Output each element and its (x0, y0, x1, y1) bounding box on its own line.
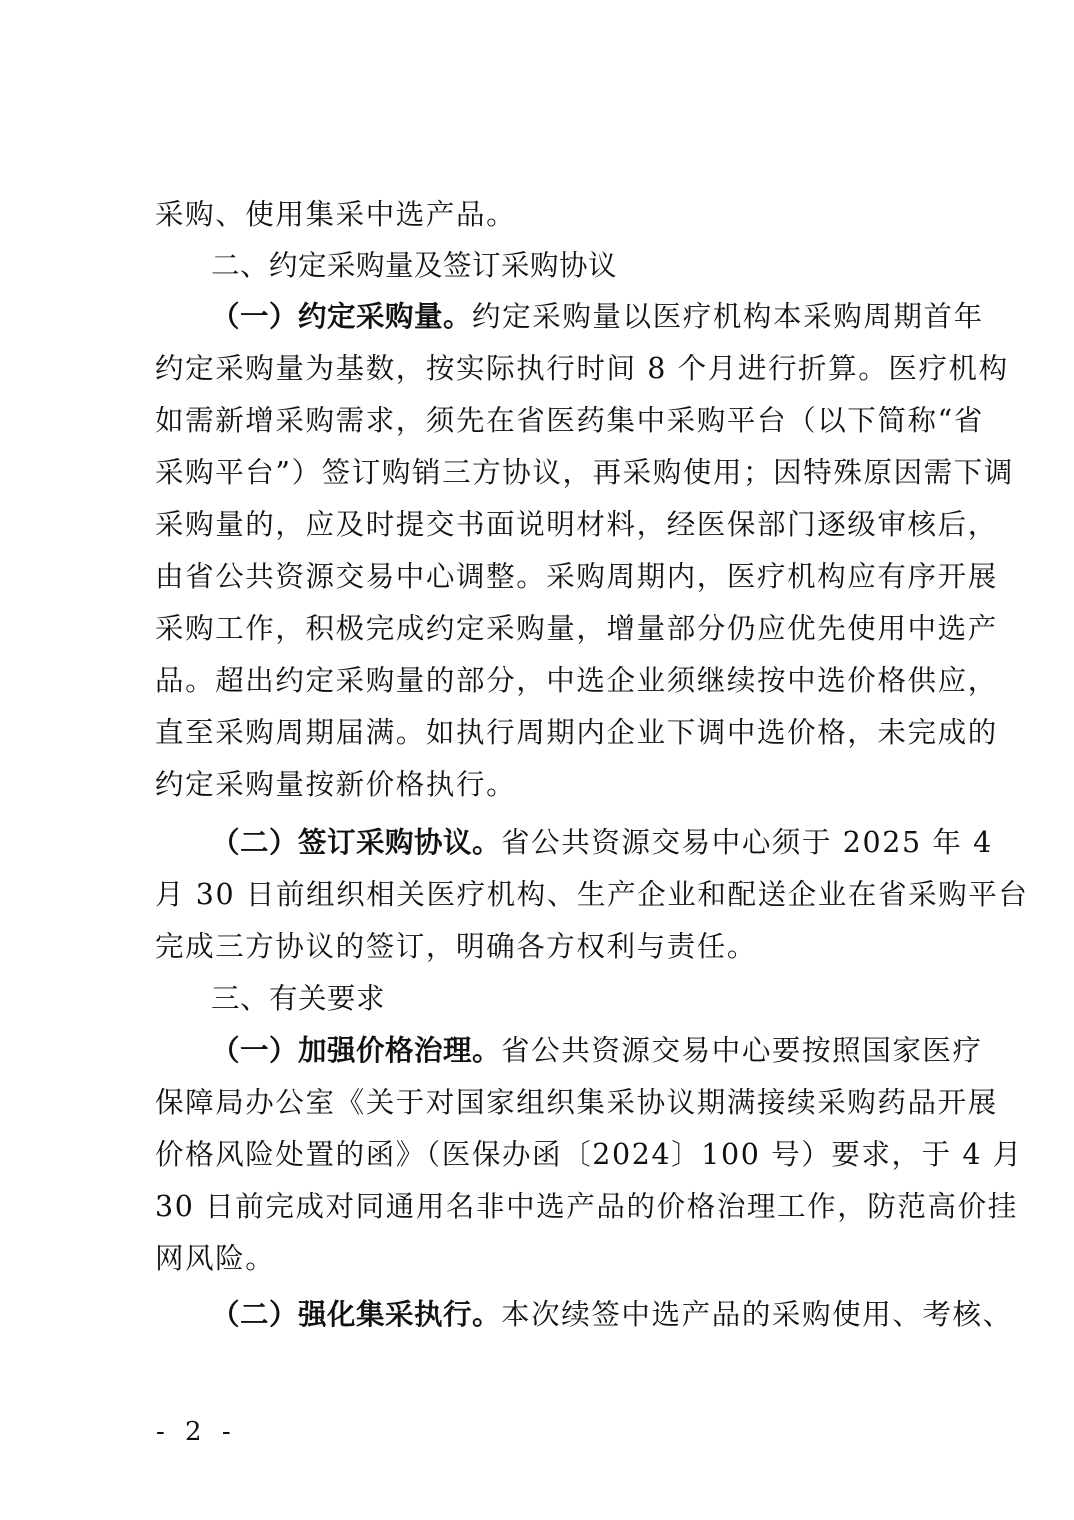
subsection-line: （二）签订采购协议。省公共资源交易中心须于 2025 年 4 (211, 816, 993, 870)
section-heading-3: 三、有关要求 (211, 972, 385, 1026)
subsection-label: （二）强化集采执行。 (211, 1298, 501, 1331)
paragraph-line: 保障局办公室《关于对国家组织集采协议期满接续采购药品开展 (155, 1076, 939, 1130)
paragraph-line: 品。超出约定采购量的部分，中选企业须继续按中选价格供应， (155, 654, 939, 708)
section-heading-2: 二、约定采购量及签订采购协议 (211, 239, 617, 293)
subsection-label: （一）约定采购量。 (211, 300, 472, 333)
paragraph-line: 月 30 日前组织相关医疗机构、生产企业和配送企业在省采购平台 (155, 868, 939, 922)
subsection-text: 本次续签中选产品的采购使用、考核、 (501, 1298, 1013, 1331)
page-number: - 2 - (156, 1412, 237, 1452)
subsection-label: （二）签订采购协议。 (211, 826, 501, 859)
subsection-line: （一）约定采购量。约定采购量以医疗机构本采购周期首年 (211, 290, 984, 344)
paragraph-line: 30 日前完成对同通用名非中选产品的价格治理工作，防范高价挂 (155, 1180, 939, 1234)
subsection-label: （一）加强价格治理。 (211, 1034, 501, 1067)
paragraph-line: 如需新增采购需求，须先在省医药集中采购平台（以下简称“省 (155, 394, 939, 448)
paragraph-line: 完成三方协议的签订，明确各方权利与责任。 (155, 920, 757, 974)
paragraph-line: 由省公共资源交易中心调整。采购周期内，医疗机构应有序开展 (155, 550, 939, 604)
paragraph-line: 采购、使用集采中选产品。 (155, 188, 516, 242)
paragraph-line: 网风险。 (155, 1232, 275, 1286)
subsection-text: 约定采购量以医疗机构本采购周期首年 (472, 300, 984, 333)
paragraph-line: 采购平台”）签订购销三方协议，再采购使用；因特殊原因需下调 (155, 446, 939, 500)
subsection-line: （一）加强价格治理。省公共资源交易中心要按照国家医疗 (211, 1024, 983, 1078)
subsection-text: 省公共资源交易中心须于 2025 年 4 (501, 826, 993, 859)
paragraph-line: 直至采购周期届满。如执行周期内企业下调中选价格，未完成的 (155, 706, 939, 760)
paragraph-line: 采购工作，积极完成约定采购量，增量部分仍应优先使用中选产 (155, 602, 939, 656)
subsection-line: （二）强化集采执行。本次续签中选产品的采购使用、考核、 (211, 1288, 1013, 1342)
paragraph-line: 采购量的，应及时提交书面说明材料，经医保部门逐级审核后， (155, 498, 939, 552)
paragraph-line: 约定采购量为基数，按实际执行时间 8 个月进行折算。医疗机构 (155, 342, 939, 396)
paragraph-line: 约定采购量按新价格执行。 (155, 758, 516, 812)
subsection-text: 省公共资源交易中心要按照国家医疗 (501, 1034, 983, 1067)
paragraph-line: 价格风险处置的函》（医保办函〔2024〕100 号）要求，于 4 月 (155, 1128, 939, 1182)
